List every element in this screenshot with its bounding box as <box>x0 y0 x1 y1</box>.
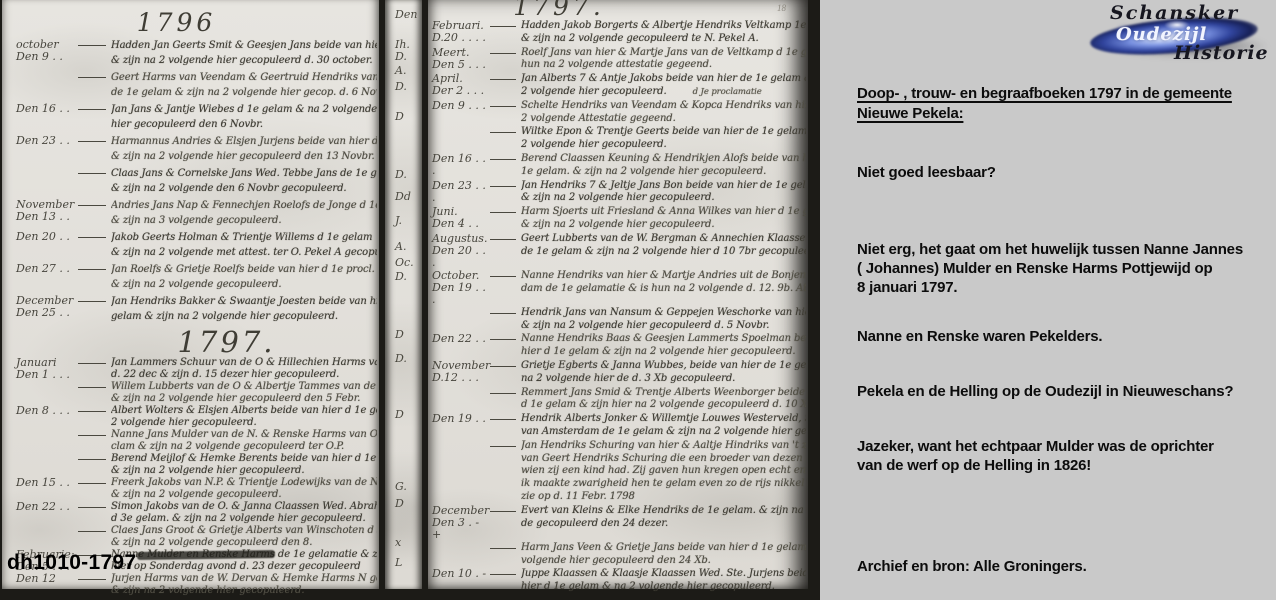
entry-text: Berend Claassen Keuning & Hendrikjen Alo… <box>521 153 806 179</box>
entry-dash <box>78 387 106 388</box>
register-entry: Geert Harms van Veendam & Geertruid Hend… <box>16 71 377 100</box>
entry-date-margin: Den 23 . . <box>16 135 78 147</box>
gutter-letter: Den <box>395 8 417 21</box>
register-entry: Den 16 . .Jan Jans & Jantje Wiebes d 1e … <box>16 103 377 132</box>
gutter-letter: A. <box>395 64 406 77</box>
entry-text: Hendrik Alberts Jonker & Willemtje Louwe… <box>521 413 806 439</box>
right-manuscript-page: 18 1797. Februari. D.20 . . . .Hadden Ja… <box>428 0 808 589</box>
entry-dash <box>490 548 516 549</box>
entry-date-margin: Den 22 . . <box>432 333 490 345</box>
register-entry: Berend Meijlof & Hemke Berents beide van… <box>16 453 377 477</box>
entry-dash <box>78 507 106 508</box>
entry-dash <box>490 132 516 133</box>
entry-dash <box>78 237 106 238</box>
year-heading-1797-left: 1797. <box>76 327 377 357</box>
entry-dash <box>78 363 106 364</box>
entry-date-margin: October. Den 19 . . . <box>432 270 490 306</box>
info-panel: Schansker Oudezijl Historie Doop- , trou… <box>820 0 1276 600</box>
register-entry: Willem Lubberts van de O & Albertje Tamm… <box>16 381 377 405</box>
entry-text: Jakob Geerts Holman & Trientje Willems d… <box>111 231 377 260</box>
entry-dash <box>490 366 516 367</box>
entry-dash <box>490 393 516 394</box>
gutter-letter: D. <box>395 80 407 93</box>
entry-date-margin: April. Der 2 . . . <box>432 73 490 97</box>
panel-paragraph: Nanne en Renske waren Pekelders. <box>857 327 1262 346</box>
register-entry: Den 22 . .Simon Jakobs van de O. & Janna… <box>16 501 377 525</box>
entry-date-margin: December Den 25 . . <box>16 295 78 319</box>
register-entry: November Den 13 . .Andries Jans Nap & Fe… <box>16 199 377 228</box>
entry-text: Claes Jans Groot & Grietje Alberts van W… <box>111 525 377 549</box>
entry-dash <box>490 276 516 277</box>
entry-text: Jan Hendriks Schuring van hier & Aaltje … <box>521 440 806 504</box>
entry-dash <box>78 141 106 142</box>
entry-date-margin: Den 9 . . . <box>432 100 490 112</box>
entry-date-margin: Den 19 . . <box>432 413 490 425</box>
entry-text: Freerk Jakobs van N.P. & Trientje Lodewi… <box>111 477 377 501</box>
register-entry: Harm Jans Veen & Grietje Jans beide van … <box>432 542 806 568</box>
gutter-letter: J. <box>395 214 402 227</box>
register-entry: Januari Den 1 . . .Jan Lammers Schuur va… <box>16 357 377 381</box>
entry-dash <box>78 411 106 412</box>
gutter-letter: Dd <box>395 190 411 203</box>
year-heading-1797-right: 1797. <box>432 0 686 20</box>
register-entry: Hendrik Jans van Nansum & Geppejen Wesch… <box>432 307 806 333</box>
entry-text: Wiltke Epon & Trentje Geerts beide van h… <box>521 126 806 152</box>
gutter-letter: D. <box>395 352 407 365</box>
logo-text-historie: Historie <box>1174 42 1269 64</box>
entry-text: Evert van Kleins & Elke Hendriks de 1e g… <box>521 505 806 531</box>
entry-dash <box>78 205 106 206</box>
logo-text-schansker: Schansker <box>1110 2 1239 24</box>
entry-date-margin: Den 16 . . . <box>432 153 490 177</box>
entry-text: Roelf Jans van hier & Martje Jans van de… <box>521 47 806 73</box>
entry-dash <box>490 159 516 160</box>
panel-paragraph: Pekela en de Helling op de Oudezijl in N… <box>857 382 1262 401</box>
entry-dash <box>78 109 106 110</box>
entry-text: Hadden Jan Geerts Smit & Geesjen Jans be… <box>111 39 377 68</box>
register-entry: December Den 3 . - +Evert van Kleins & E… <box>432 505 806 541</box>
entry-date-margin: Den 16 . . <box>16 103 78 115</box>
entry-date-margin: Meert. Den 5 . . . <box>432 47 490 71</box>
entry-dash <box>78 435 106 436</box>
entry-date-margin: Januari Den 1 . . . <box>16 357 78 381</box>
register-entry: Den 20 . .Jakob Geerts Holman & Trientje… <box>16 231 377 260</box>
entry-text: Albert Wolters & Elsjen Alberts beide va… <box>111 405 377 429</box>
entry-text: Jan Hendriks 7 & Jeltje Jans Bon beide v… <box>521 180 806 206</box>
entry-dash <box>78 173 106 174</box>
register-scan: 1796 october Den 9 . .Hadden Jan Geerts … <box>0 0 820 600</box>
page-number: 18 <box>777 3 786 13</box>
register-entry: Den 9 . . .Schelte Hendriks van Veendam … <box>432 100 806 126</box>
register-entry: Den 16 . . .Berend Claassen Keuning & He… <box>432 153 806 179</box>
gutter-letter: D <box>395 408 404 421</box>
panel-paragraph: Archief en bron: Alle Groningers. <box>857 557 1262 576</box>
entry-date-margin: Den 23 . . . <box>432 180 490 204</box>
entry-text: Jan Hendriks Bakker & Swaantje Joesten b… <box>111 295 377 324</box>
register-entry: Den 23 . .Harmannus Andries & Elsjen Jur… <box>16 135 377 164</box>
entry-text: Nanne Mulder en Renske Harms de 1e gelam… <box>111 549 377 573</box>
panel-heading: Doop- , trouw- en begraafboeken 1797 in … <box>857 84 1257 124</box>
entry-dash <box>78 77 106 78</box>
entry-text: Andries Jans Nap & Fennechjen Roelofs de… <box>111 199 377 228</box>
entry-text: Juppe Klaassen & Klaasje Klaassen Wed. S… <box>521 568 806 594</box>
gutter-strip: DenIh.D.A.D.DD.DdJ.A.Oc.D.DD.DG.DxL <box>385 0 422 589</box>
entry-dash <box>490 574 516 575</box>
entry-text: Geert Harms van Veendam & Geertruid Hend… <box>111 71 377 100</box>
entry-date-margin: Den 27 . . <box>16 263 78 275</box>
register-entry: Augustus. Den 20 . . .Geert Lubberts van… <box>432 233 806 269</box>
entry-dash <box>490 186 516 187</box>
entry-dash <box>490 339 516 340</box>
entry-dash <box>490 79 516 80</box>
entry-dash <box>490 106 516 107</box>
entry-dash <box>490 446 516 447</box>
entry-date-margin: Den 8 . . . <box>16 405 78 417</box>
entry-dash <box>78 45 106 46</box>
register-entry: Remmert Jans Smid & Trentje Alberts Ween… <box>432 387 806 413</box>
register-entry: Den 8 . . .Albert Wolters & Elsjen Alber… <box>16 405 377 429</box>
register-entry: Februari. D.20 . . . .Hadden Jakob Borge… <box>432 20 806 46</box>
register-entry: April. Der 2 . . .Jan Alberts 7 & Antje … <box>432 73 806 99</box>
register-entry: Wiltke Epon & Trentje Geerts beide van h… <box>432 126 806 152</box>
entry-text: Harm Jans Veen & Grietje Jans beide van … <box>521 542 806 568</box>
panel-paragraph: Niet goed leesbaar? <box>857 163 1262 182</box>
entry-text: Simon Jakobs van de O. & Janna Claassen … <box>111 501 377 525</box>
entry-text: Schelte Hendriks van Veendam & Kopca Hen… <box>521 100 806 126</box>
register-entry: october Den 9 . .Hadden Jan Geerts Smit … <box>16 39 377 68</box>
entries-1797-right: Februari. D.20 . . . .Hadden Jakob Borge… <box>432 20 806 594</box>
entry-dash <box>78 579 106 580</box>
entry-text: Jan Jans & Jantje Wiebes d 1e gelam & na… <box>111 103 377 132</box>
gutter-letter: D <box>395 328 404 341</box>
register-entry: Den 27 . .Jan Roelfs & Grietje Roelfs be… <box>16 263 377 292</box>
entry-date-margin: Den 10 . - <box>432 568 490 580</box>
entry-date-margin: Juni. Den 4 . . <box>432 206 490 230</box>
register-entry: Den 19 . .Hendrik Alberts Jonker & Wille… <box>432 413 806 439</box>
entry-dash <box>78 483 106 484</box>
gutter-letter: D <box>395 497 404 510</box>
watermark-label: dh1010-1797 <box>7 551 136 575</box>
gutter-letter: D <box>395 110 404 123</box>
register-entry: Claes Jans Groot & Grietje Alberts van W… <box>16 525 377 549</box>
register-entry: Meert. Den 5 . . .Roelf Jans van hier & … <box>432 47 806 73</box>
entry-dash <box>490 239 516 240</box>
register-entry: November D.12 . . .Grietje Egberts & Jan… <box>432 360 806 386</box>
register-entry: Den 12Jurjen Harms van de W. Dervan & He… <box>16 573 377 597</box>
entry-text: Nanne Hendriks van hier & Martje Andries… <box>521 270 806 296</box>
entry-text: Geert Lubberts van de W. Bergman & Annec… <box>521 233 806 259</box>
entry-dash <box>490 212 516 213</box>
left-manuscript-page: 1796 october Den 9 . .Hadden Jan Geerts … <box>2 0 379 589</box>
panel-paragraph: Niet erg, het gaat om het huwelijk tusse… <box>857 240 1262 297</box>
entry-text: Claas Jans & Cornelske Jans Wed. Tebbe J… <box>111 167 377 196</box>
entry-dash <box>78 531 106 532</box>
register-entry: Jan Hendriks Schuring van hier & Aaltje … <box>432 440 806 504</box>
entry-dash <box>490 313 516 314</box>
gutter-letter: Oc. <box>395 256 414 269</box>
register-entry: Juni. Den 4 . .Harm Sjoerts uit Frieslan… <box>432 206 806 232</box>
entry-text: Hadden Jakob Borgerts & Albertje Hendrik… <box>521 20 806 46</box>
gutter-letter: x <box>395 536 401 549</box>
entry-date-margin: Den 22 . . <box>16 501 78 513</box>
year-heading-1796: 1796 <box>16 8 337 37</box>
entry-dash <box>78 301 106 302</box>
entry-date-margin: Den 20 . . <box>16 231 78 243</box>
site-logo: Schansker Oudezijl Historie <box>1086 2 1270 68</box>
entry-text: Jan Alberts 7 & Antje Jakobs beide van h… <box>521 73 806 99</box>
entry-text: Harm Sjoerts uit Friesland & Anna Wilkes… <box>521 206 806 232</box>
entry-text: Remmert Jans Smid & Trentje Alberts Ween… <box>521 387 806 413</box>
entry-dash <box>490 419 516 420</box>
entry-text: Willem Lubberts van de O & Albertje Tamm… <box>111 381 377 405</box>
entry-text: Jan Lammers Schuur van de O & Hillechien… <box>111 357 377 381</box>
gutter-letter: L <box>395 556 402 569</box>
gutter-letter: A. <box>395 240 406 253</box>
gutter-letter: D. <box>395 168 407 181</box>
entry-side-note: d Je proclamatie <box>693 87 762 97</box>
register-entry: Den 22 . .Nanne Hendriks Baas & Geesjen … <box>432 333 806 359</box>
gutter-letter: G. <box>395 480 407 493</box>
entry-date-margin: Den 15 . . <box>16 477 78 489</box>
entry-text: Nanne Hendriks Baas & Geesjen Lammerts S… <box>521 333 806 359</box>
entry-text: Nanne Jans Mulder van de N. & Renske Har… <box>111 429 377 453</box>
gutter-letter: D. <box>395 50 407 63</box>
entry-dash <box>490 26 516 27</box>
register-entry: Claas Jans & Cornelske Jans Wed. Tebbe J… <box>16 167 377 196</box>
entry-text: Berend Meijlof & Hemke Berents beide van… <box>111 453 377 477</box>
register-entry: Nanne Jans Mulder van de N. & Renske Har… <box>16 429 377 453</box>
entry-date-margin: November Den 13 . . <box>16 199 78 223</box>
register-entry: October. Den 19 . . .Nanne Hendriks van … <box>432 270 806 306</box>
entry-text: Jan Roelfs & Grietje Roelfs beide van hi… <box>111 263 377 292</box>
register-entry: Den 10 . -Juppe Klaassen & Klaasje Klaas… <box>432 568 806 594</box>
gutter-letter: D. <box>395 270 407 283</box>
entry-date-margin: Februari. D.20 . . . . <box>432 20 490 44</box>
entry-text: Jurjen Harms van de W. Dervan & Hemke Ha… <box>111 573 377 597</box>
entry-date-margin: Augustus. Den 20 . . . <box>432 233 490 269</box>
entry-dash <box>78 459 106 460</box>
panel-paragraph: Jazeker, want het echtpaar Mulder was de… <box>857 437 1262 475</box>
entry-date-margin: December Den 3 . - + <box>432 505 490 541</box>
entry-dash <box>490 53 516 54</box>
register-entry: December Den 25 . .Jan Hendriks Bakker &… <box>16 295 377 324</box>
entry-text: Hendrik Jans van Nansum & Geppejen Wesch… <box>521 307 806 333</box>
entry-date-margin: october Den 9 . . <box>16 39 78 63</box>
entry-dash <box>490 511 516 512</box>
entry-date-margin: November D.12 . . . <box>432 360 490 384</box>
entries-1796: october Den 9 . .Hadden Jan Geerts Smit … <box>16 39 377 324</box>
register-entry: Den 23 . . .Jan Hendriks 7 & Jeltje Jans… <box>432 180 806 206</box>
entry-text: Grietje Egberts & Janna Wubbes, beide va… <box>521 360 806 386</box>
register-entry: Den 15 . .Freerk Jakobs van N.P. & Trien… <box>16 477 377 501</box>
entry-text: Harmannus Andries & Elsjen Jurjens beide… <box>111 135 377 164</box>
entry-dash <box>78 269 106 270</box>
